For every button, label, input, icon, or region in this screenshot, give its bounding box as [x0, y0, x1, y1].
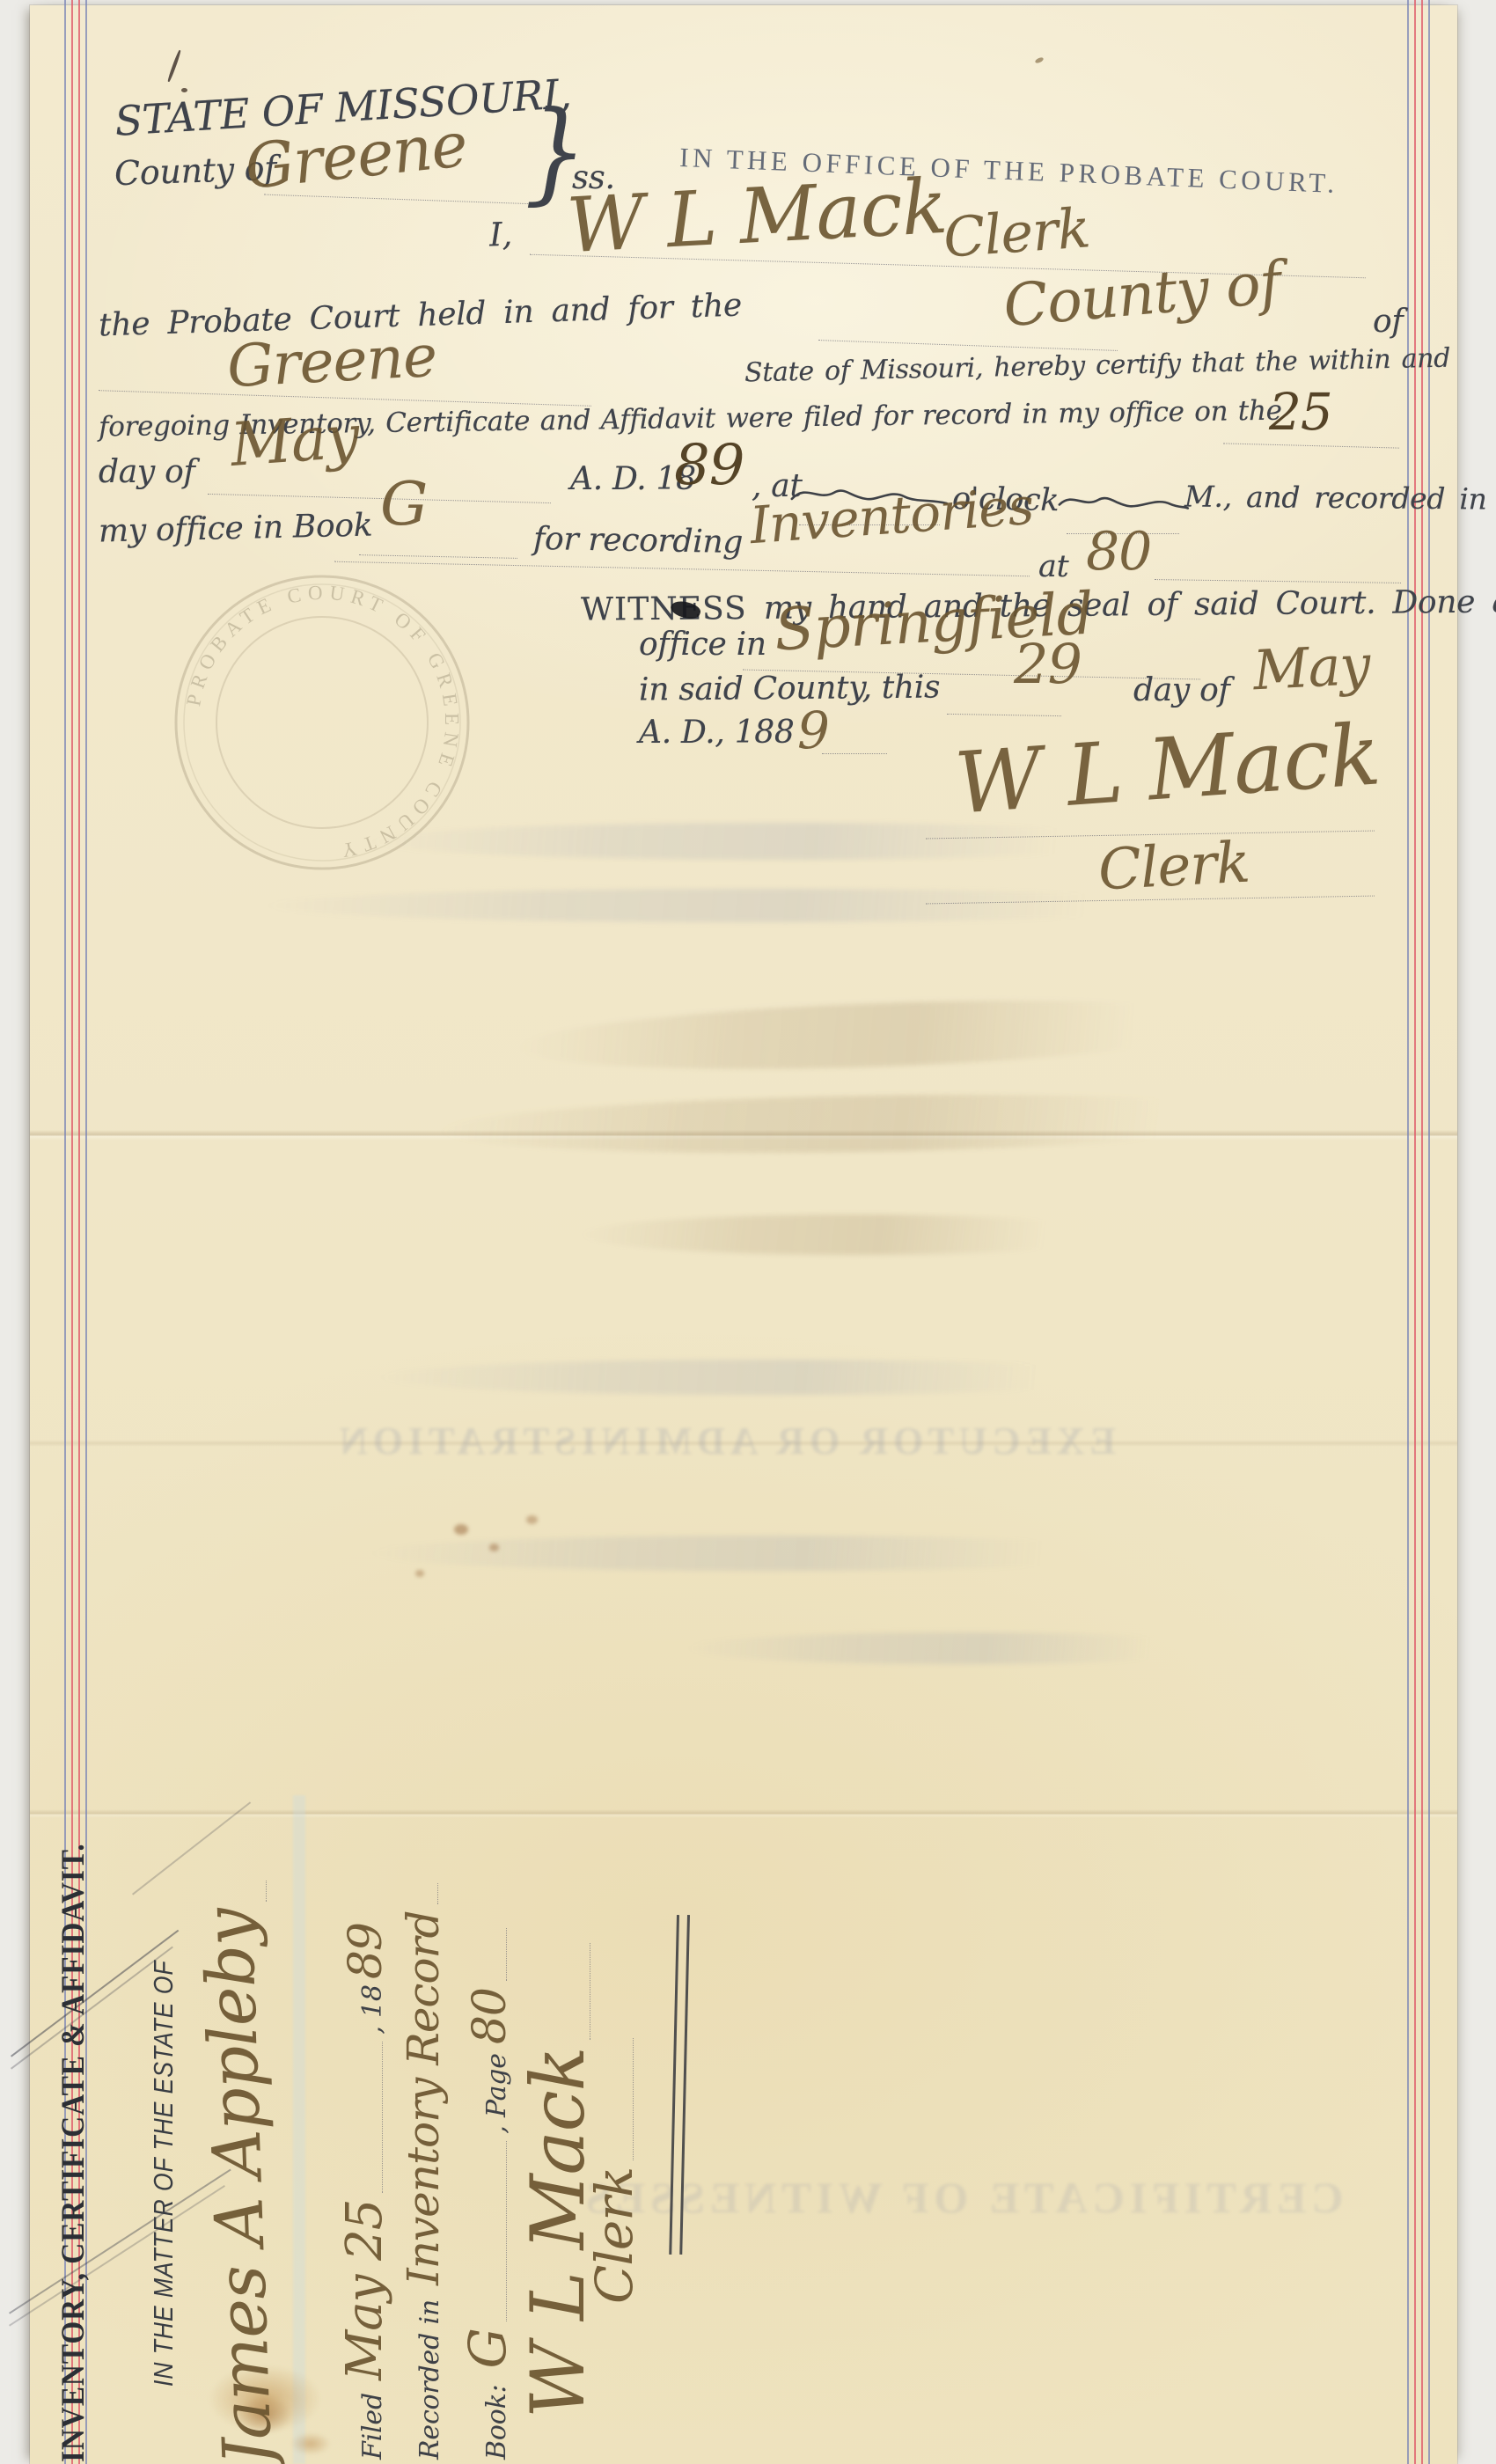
page-value-handwritten: 80	[464, 1988, 517, 2044]
docket-leader	[506, 2141, 507, 2321]
docket-book-row: Book: G , Page 80	[458, 1921, 517, 2460]
stain-spot	[489, 1544, 499, 1551]
fold-crease-lower	[30, 1809, 1457, 1818]
docket-leader	[382, 2042, 383, 2193]
i-label: I,	[488, 216, 512, 254]
scan-streak	[293, 1795, 305, 2464]
docket-matter-row: IN THE MATTER OF THE ESTATE OF	[148, 1920, 180, 2387]
file-day-handwritten: 25	[1269, 382, 1332, 442]
bleedthrough-heading-mid: EXECUTOR OR ADMINISTRATION	[334, 1419, 1116, 1463]
bleedthrough-heading-bottom: CERTIFICATE OF WITNESSES	[581, 2172, 1344, 2223]
cert-day-handwritten: 29	[1014, 632, 1082, 696]
ad-year-handwritten: 89	[674, 433, 744, 498]
bleedthrough-streak	[378, 1360, 1153, 1395]
ad2-printed: A. D., 188	[639, 715, 795, 751]
clerk-title-handwritten: Clerk	[942, 195, 1092, 269]
docket-side-title: INVENTORY, CERTIFICATE & AFFIDAVIT.	[55, 1843, 92, 2462]
bleedthrough-streak	[686, 1632, 1232, 1664]
docket-estate-row: James A Appleby	[199, 1925, 277, 2464]
file-month-handwritten: May	[228, 402, 361, 480]
book-label: Book:	[481, 2385, 512, 2460]
docket-recorded-row: Recorded in Inventory Record	[398, 1921, 449, 2460]
stain-blob	[290, 2432, 331, 2455]
docket-matter-label: IN THE MATTER OF THE ESTATE OF	[148, 1961, 180, 2387]
book-value-handwritten: G	[458, 2328, 517, 2368]
stain-spot	[454, 1524, 468, 1535]
estate-name-handwritten: James A Appleby	[189, 1908, 287, 2464]
docket-leader	[437, 1883, 438, 1904]
stain-spot	[526, 1515, 538, 1524]
for-recording-label: for recording	[533, 521, 744, 561]
cert-month-handwritten: May	[1251, 633, 1371, 703]
docket-filed-row: Filed May 25 , 18 89	[336, 1923, 393, 2460]
stain-spot	[415, 1570, 424, 1577]
ad2-year-handwritten: 9	[797, 700, 829, 760]
year-blank-line	[822, 753, 887, 754]
ink-dot	[181, 88, 187, 92]
county-name-handwritten-2: Greene	[225, 322, 438, 400]
book-letter-handwritten: G	[380, 470, 427, 539]
filed-label: Filed	[357, 2393, 388, 2460]
docket-leader	[590, 1943, 590, 2040]
docket-leader	[506, 1928, 507, 1981]
scanned-probate-document: PROBATE COURT OF GREENE COUNTY EXECUTOR …	[0, 0, 1496, 2464]
docket-clerk-title-row: Clerk	[584, 2031, 644, 2304]
clerk-signature-title-handwritten: Clerk	[1096, 831, 1250, 904]
bleedthrough-streak	[370, 1536, 1162, 1571]
witness-word: WITNESS	[581, 590, 747, 628]
said-county-line: in said County, this	[639, 670, 941, 708]
recorded-in-label: M., and recorded in	[1184, 480, 1487, 517]
of-word: of	[1373, 304, 1403, 340]
page-label: , Page	[481, 2053, 512, 2134]
filed-date-handwritten: May 25	[336, 2200, 393, 2380]
day-of-label-2: day of	[1133, 672, 1230, 708]
day-of-label: day of	[99, 454, 195, 490]
blank-cancel-squiggle	[1058, 487, 1191, 517]
docket-clerk-title-handwritten: Clerk	[584, 2167, 644, 2304]
office-in-label: office in	[639, 627, 766, 663]
at-label-2: at	[1038, 549, 1068, 584]
recorded-label: Recorded in	[414, 2299, 445, 2460]
docket-leader	[266, 1881, 267, 1902]
bleedthrough-ink-streak	[581, 1214, 1126, 1255]
filed-year-handwritten: 89	[340, 1923, 392, 1979]
book-line: my office in Book	[99, 507, 373, 549]
bleedthrough-streak	[370, 823, 1179, 860]
page-number-handwritten: 80	[1086, 521, 1151, 583]
recorded-in-handwritten: Inventory Record	[398, 1911, 449, 2285]
docket-side-title-row: INVENTORY, CERTIFICATE & AFFIDAVIT.	[55, 1830, 92, 2462]
docket-leader	[633, 2038, 634, 2160]
filed-year-printed: , 18	[357, 1984, 388, 2034]
bleedthrough-streak	[264, 889, 1232, 922]
